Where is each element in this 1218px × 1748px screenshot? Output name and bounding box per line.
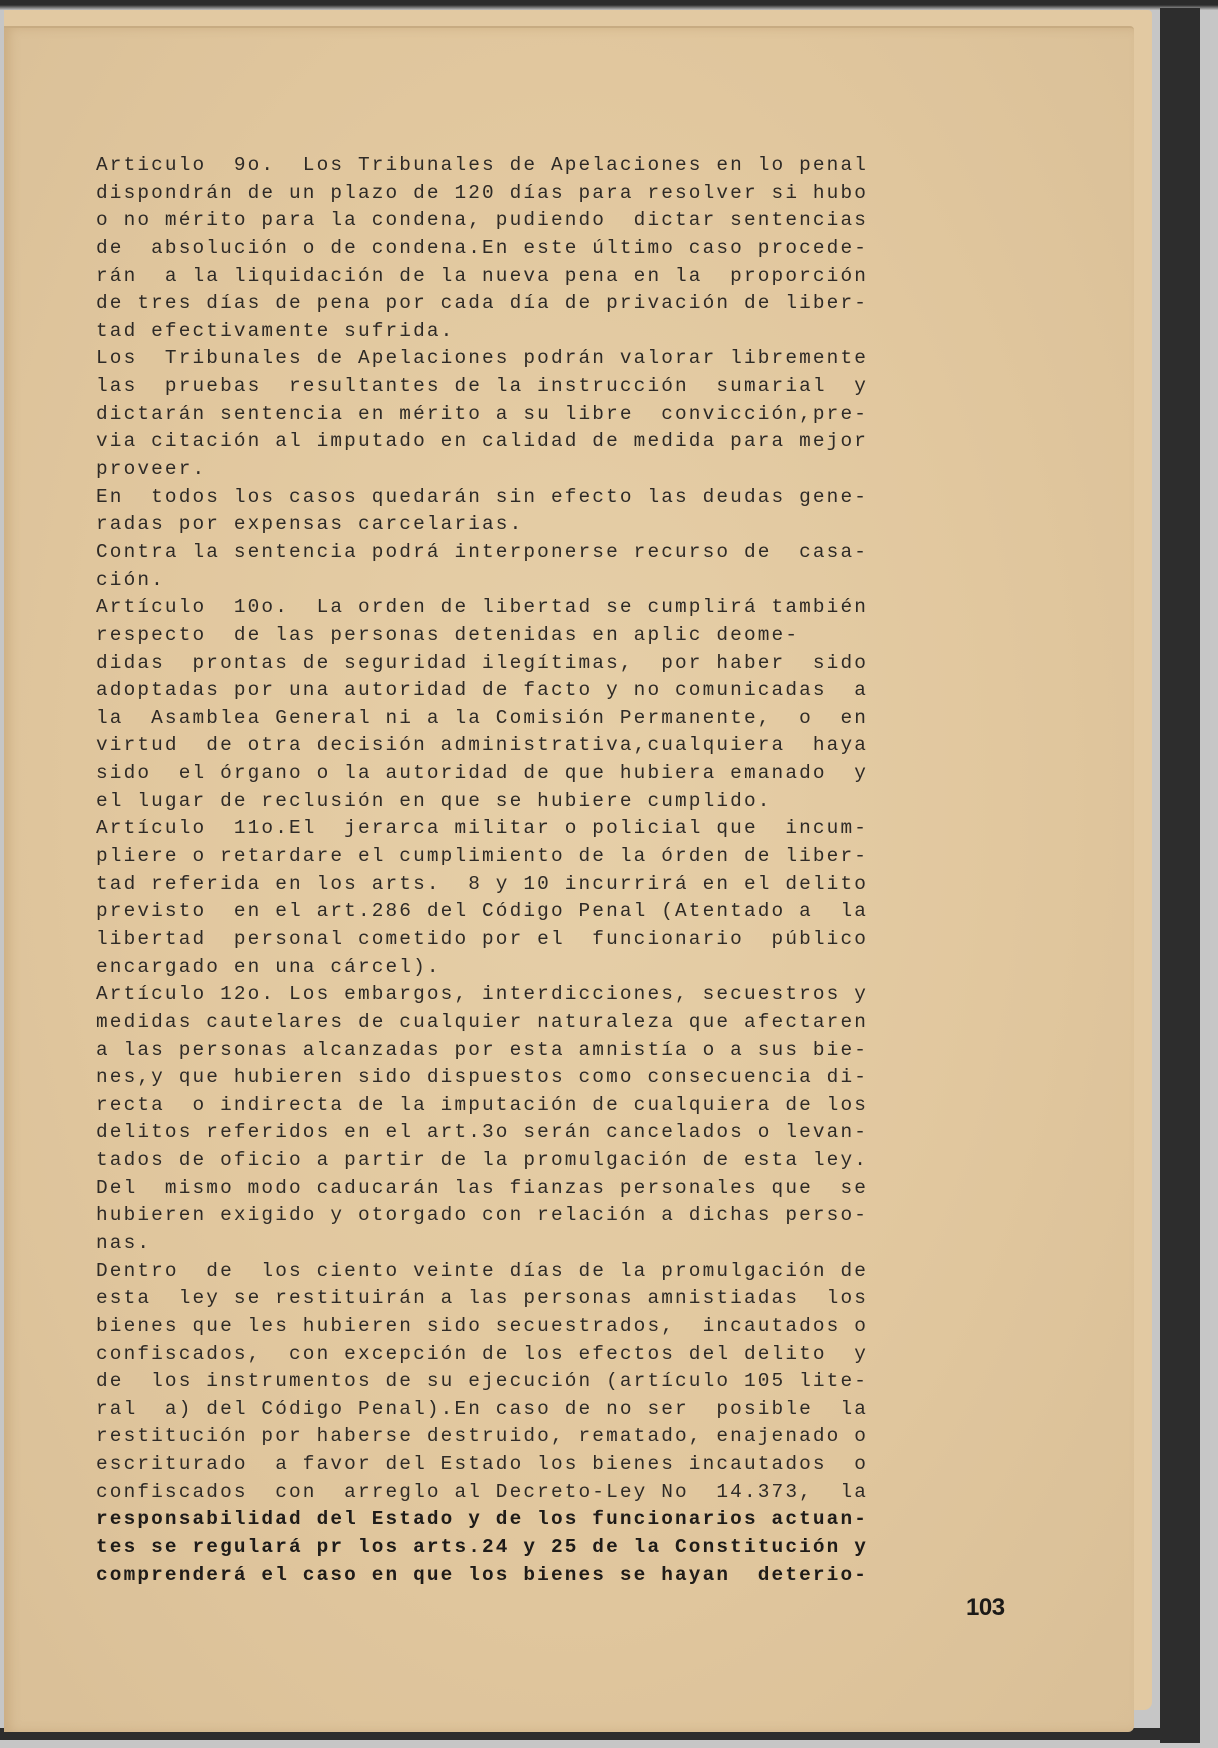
- text-line: ción.: [96, 567, 1026, 595]
- text-line: virtud de otra decisión administrativa,c…: [96, 732, 1026, 760]
- text-line: Artículo 12o. Los embargos, interdiccion…: [96, 981, 1026, 1009]
- text-line: encargado en una cárcel).: [96, 954, 1026, 982]
- text-line: proveer.: [96, 456, 1026, 484]
- text-line: escriturado a favor del Estado los biene…: [96, 1451, 1026, 1479]
- text-line: las pruebas resultantes de la instrucció…: [96, 373, 1026, 401]
- paragraph-art9-casacion: Contra la sentencia podrá interponerse r…: [96, 539, 1026, 594]
- text-line: tad referida en los arts. 8 y 10 incurri…: [96, 871, 1026, 899]
- paragraph-art9-valorar: Los Tribunales de Apelaciones podrán val…: [96, 345, 1026, 483]
- text-line: de absolución o de condena.En este últim…: [96, 235, 1026, 263]
- text-line: pliere o retardare el cumplimiento de la…: [96, 843, 1026, 871]
- text-line: Del mismo modo caducarán las fianzas per…: [96, 1175, 1026, 1203]
- text-line: comprenderá el caso en que los bienes se…: [96, 1562, 1026, 1590]
- text-line: el lugar de reclusión en que se hubiere …: [96, 788, 1026, 816]
- text-line: tes se regulará pr los arts.24 y 25 de l…: [96, 1534, 1026, 1562]
- text-line: nes,y que hubieren sido dispuestos como …: [96, 1064, 1026, 1092]
- text-line: didas prontas de seguridad ilegítimas, p…: [96, 650, 1026, 678]
- text-line: delitos referidos en el art.3o serán can…: [96, 1119, 1026, 1147]
- text-line: medidas cautelares de cualquier naturale…: [96, 1009, 1026, 1037]
- text-line: sido el órgano o la autoridad de que hub…: [96, 760, 1026, 788]
- paragraph-art12-restitucion: Dentro de los ciento veinte días de la p…: [96, 1258, 1026, 1507]
- paragraph-art11: Artículo 11o.El jerarca militar o polici…: [96, 815, 1026, 981]
- text-line: ral a) del Código Penal).En caso de no s…: [96, 1396, 1026, 1424]
- text-line: En todos los casos quedarán sin efecto l…: [96, 484, 1026, 512]
- paragraph-art10: Artículo 10o. La orden de libertad se cu…: [96, 594, 1026, 815]
- text-line: la Asamblea General ni a la Comisión Per…: [96, 705, 1026, 733]
- paragraph-art12-responsabilidad: responsabilidad del Estado y de los func…: [96, 1506, 1026, 1589]
- text-line: Los Tribunales de Apelaciones podrán val…: [96, 345, 1026, 373]
- text-line: a las personas alcanzadas por esta amnis…: [96, 1037, 1026, 1065]
- paragraph-art9: Articulo 9o. Los Tribunales de Apelacion…: [96, 152, 1026, 345]
- text-line: adoptadas por una autoridad de facto y n…: [96, 677, 1026, 705]
- text-line: radas por expensas carcelarias.: [96, 511, 1026, 539]
- text-line: de tres días de pena por cada día de pri…: [96, 290, 1026, 318]
- page-number: 103: [966, 1594, 1005, 1622]
- scanner-edge-top: [0, 0, 1218, 10]
- text-line: Artículo 10o. La orden de libertad se cu…: [96, 594, 1026, 622]
- text-line: esta ley se restituirán a las personas a…: [96, 1285, 1026, 1313]
- text-line: respecto de las personas detenidas en ap…: [96, 622, 1026, 650]
- text-line: nas.: [96, 1230, 1026, 1258]
- text-line: via citación al imputado en calidad de m…: [96, 428, 1026, 456]
- text-line: tad efectivamente sufrida.: [96, 318, 1026, 346]
- text-line: Dentro de los ciento veinte días de la p…: [96, 1258, 1026, 1286]
- text-line: hubieren exigido y otorgado con relación…: [96, 1202, 1026, 1230]
- paragraph-art9-deudas: En todos los casos quedarán sin efecto l…: [96, 484, 1026, 539]
- text-line: libertad personal cometido por el funcio…: [96, 926, 1026, 954]
- text-line: dispondrán de un plazo de 120 días para …: [96, 180, 1026, 208]
- text-line: dictarán sentencia en mérito a su libre …: [96, 401, 1026, 429]
- text-line: previsto en el art.286 del Código Penal …: [96, 898, 1026, 926]
- text-line: restitución por haberse destruido, remat…: [96, 1423, 1026, 1451]
- text-line: bienes que les hubieren sido secuestrado…: [96, 1313, 1026, 1341]
- text-line: o no mérito para la condena, pudiendo di…: [96, 207, 1026, 235]
- text-line: Articulo 9o. Los Tribunales de Apelacion…: [96, 152, 1026, 180]
- text-line: de los instrumentos de su ejecución (art…: [96, 1368, 1026, 1396]
- paragraph-art12: Artículo 12o. Los embargos, interdiccion…: [96, 981, 1026, 1257]
- text-line: tados de oficio a partir de la promulgac…: [96, 1147, 1026, 1175]
- text-line: Contra la sentencia podrá interponerse r…: [96, 539, 1026, 567]
- text-line: confiscados con arreglo al Decreto-Ley N…: [96, 1479, 1026, 1507]
- scan-background: Articulo 9o. Los Tribunales de Apelacion…: [0, 0, 1218, 1748]
- scanner-edge-right: [1160, 8, 1200, 1743]
- text-line: Artículo 11o.El jerarca militar o polici…: [96, 815, 1026, 843]
- text-line: confiscados, con excepción de los efecto…: [96, 1341, 1026, 1369]
- text-line: rán a la liquidación de la nueva pena en…: [96, 263, 1026, 291]
- text-line: responsabilidad del Estado y de los func…: [96, 1506, 1026, 1534]
- page-body-text: Articulo 9o. Los Tribunales de Apelacion…: [96, 152, 1026, 1589]
- text-line: recta o indirecta de la imputación de cu…: [96, 1092, 1026, 1120]
